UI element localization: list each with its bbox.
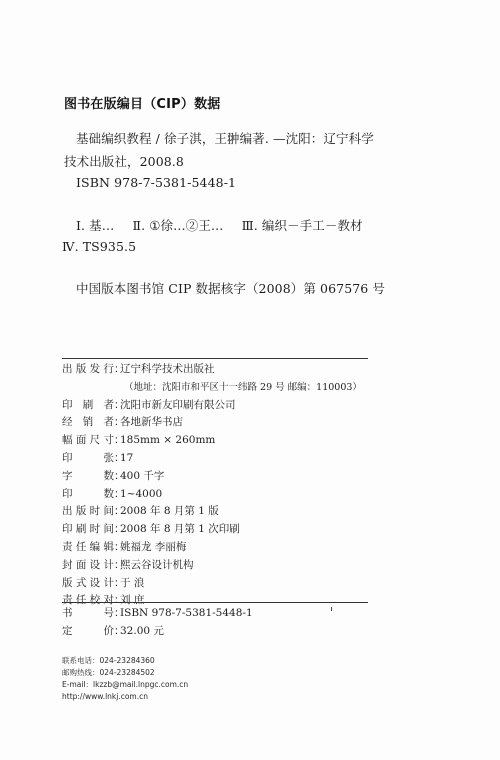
publication-row: 幅面尺寸：185mm × 260mm: [62, 432, 382, 450]
classification-3: Ⅲ. 编织－手工－教材: [242, 216, 363, 234]
contact-phone: 联系电话：024-23284360: [62, 655, 188, 667]
field-label: 幅面尺寸: [62, 432, 114, 450]
publication-row: 版式设计：于 浪: [62, 575, 382, 593]
publication-row: 字数：400 千字: [62, 468, 382, 486]
field-label: 书号: [62, 605, 114, 623]
field-value: 32.00 元: [120, 623, 164, 641]
publication-row: 印张：17: [62, 450, 382, 468]
field-label: 责任编辑: [62, 539, 114, 557]
field-label: 封面设计: [62, 557, 114, 575]
publication-row: 出版时间：2008 年 8 月第 1 版: [62, 503, 382, 521]
field-label: 版式设计: [62, 575, 114, 593]
cip-publisher-line: 技术出版社，2008.8: [64, 152, 184, 170]
field-value: 各地新华书店: [120, 414, 183, 432]
publication-info: 出版发行：辽宁科学技术出版社（地址：沈阳市和平区十一纬路 29 号 邮编：110…: [62, 361, 382, 610]
publication-row: 印刷时间：2008 年 8 月第 1 次印刷: [62, 521, 382, 539]
book-number-price: 书号：ISBN 978-7-5381-5448-1定价：32.00 元: [62, 605, 253, 641]
cip-isbn: ISBN 978-7-5381-5448-1: [76, 175, 236, 190]
publication-row: （地址：沈阳市和平区十一纬路 29 号 邮编：110003）: [62, 379, 382, 397]
field-label: 字数: [62, 468, 114, 486]
field-label: 印刷时间: [62, 521, 114, 539]
field-value: 17: [120, 450, 133, 468]
cip-record-number: 中国版本图书馆 CIP 数据核字（2008）第 067576 号: [76, 279, 385, 297]
cip-title: 图书在版编目（CIP）数据: [64, 93, 221, 112]
field-value: 400 千字: [120, 468, 164, 486]
publication-row: 责任编辑：姚福龙 李丽梅: [62, 539, 382, 557]
publication-row: 经销者：各地新华书店: [62, 414, 382, 432]
field-label: 出版发行: [62, 361, 114, 379]
divider-bottom: [62, 602, 368, 603]
contact-website: http://www.lnkj.com.cn: [62, 691, 188, 703]
field-value: 2008 年 8 月第 1 次印刷: [120, 521, 240, 539]
divider-top: [62, 358, 368, 359]
publication-row: 封面设计：熙云谷设计机构: [62, 557, 382, 575]
field-label: 印张: [62, 450, 114, 468]
publication-row: 出版发行：辽宁科学技术出版社: [62, 361, 382, 379]
field-value: （地址：沈阳市和平区十一纬路 29 号 邮编：110003）: [62, 379, 362, 397]
field-value: 辽宁科学技术出版社: [120, 361, 215, 379]
cip-classification-number: Ⅳ. TS935.5: [62, 239, 136, 254]
field-value: ISBN 978-7-5381-5448-1: [120, 605, 253, 623]
field-label: 定价: [62, 623, 114, 641]
field-label: 出版时间: [62, 503, 114, 521]
field-value: 姚福龙 李丽梅: [120, 539, 186, 557]
field-value: 沈阳市新友印刷有限公司: [120, 397, 236, 415]
field-label: 经销者: [62, 414, 114, 432]
field-label: 印数: [62, 486, 114, 504]
publication-row: 印数：1~4000: [62, 486, 382, 504]
contact-info: 联系电话：024-23284360 邮购热线：024-23284502 E-ma…: [62, 655, 188, 703]
field-value: 1~4000: [120, 486, 162, 504]
classification-1: Ⅰ. 基…: [76, 216, 114, 234]
print-mark: [331, 607, 332, 611]
contact-email: E-mail：lkzzb@mail.lnpgc.com.cn: [62, 679, 188, 691]
cip-classification: Ⅰ. 基… Ⅱ. ①徐…②王… Ⅲ. 编织－手工－教材: [76, 216, 377, 234]
publication-row: 印刷者：沈阳市新友印刷有限公司: [62, 397, 382, 415]
copyright-page: 图书在版编目（CIP）数据 基础编织教程 / 徐子淇，王翀编著. —沈阳：辽宁科…: [0, 0, 500, 760]
field-value: 于 浪: [120, 575, 144, 593]
cip-title-author-line: 基础编织教程 / 徐子淇，王翀编著. —沈阳：辽宁科学: [76, 129, 374, 147]
field-value: 185mm × 260mm: [120, 432, 215, 450]
contact-mail-order: 邮购热线：024-23284502: [62, 667, 188, 679]
field-value: 2008 年 8 月第 1 版: [120, 503, 219, 521]
field-value: 熙云谷设计机构: [120, 557, 194, 575]
field-label: 印刷者: [62, 397, 114, 415]
classification-2: Ⅱ. ①徐…②王…: [132, 216, 223, 234]
book-row: 书号：ISBN 978-7-5381-5448-1: [62, 605, 253, 623]
book-row: 定价：32.00 元: [62, 623, 253, 641]
